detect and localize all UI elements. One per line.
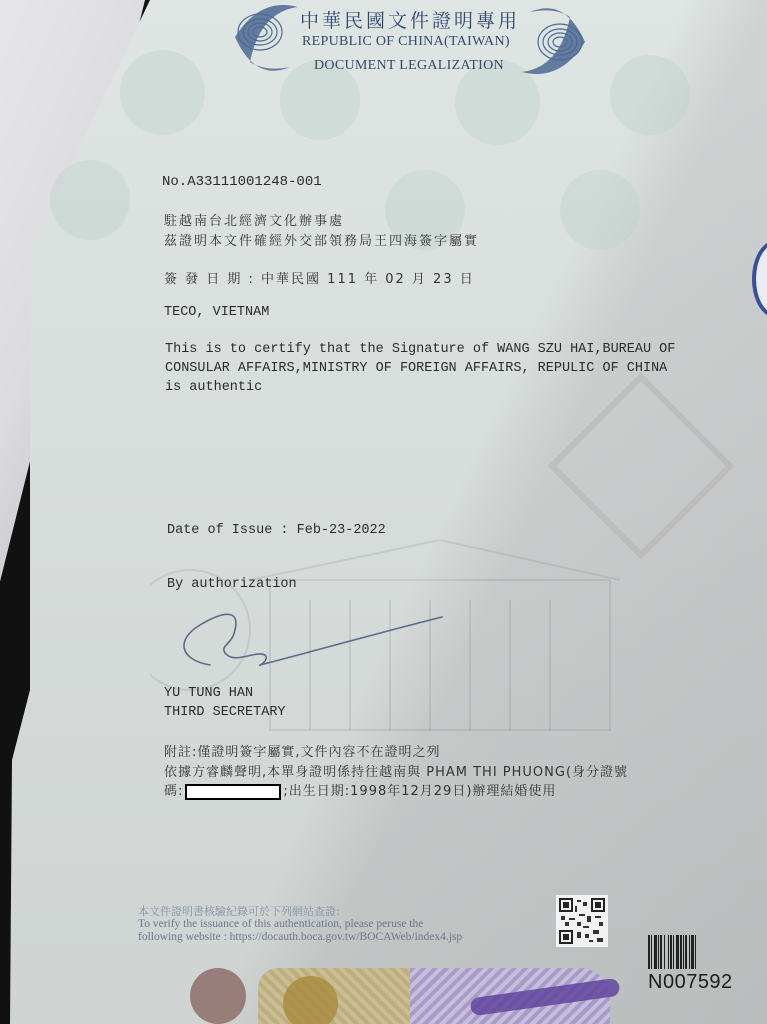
certify-statement-line: is authentic: [165, 380, 262, 395]
qr-code-icon: [556, 895, 608, 947]
document-number: No.A33111001248-001: [162, 174, 322, 190]
note-line: 附註:僅證明簽字屬實,文件內容不在證明之列: [164, 741, 441, 760]
certify-statement-zh: 茲證明本文件確經外交部領務局王四海簽字屬實: [164, 230, 479, 249]
certify-statement-line: This is to certify that the Signature of…: [165, 342, 675, 357]
watermark-circle: [50, 160, 130, 240]
issue-date-zh: 簽 發 日 期 : 中華民國 111 年 02 月 23 日: [164, 268, 475, 287]
header-title-zh: 中華民國文件證明專用: [300, 6, 520, 33]
note-prefix: 碼:: [164, 784, 183, 799]
serial-barcode: N007592: [648, 935, 756, 1000]
redaction-box: [185, 784, 281, 800]
header-title-en: REPUBLIC OF CHINA(TAIWAN): [302, 34, 510, 50]
security-band: [258, 968, 428, 1024]
serial-number: N007592: [648, 971, 756, 994]
office-name-en: TECO, VIETNAM: [164, 305, 269, 320]
header-subtitle-en: DOCUMENT LEGALIZATION: [314, 58, 504, 74]
certificate-header: 中華民國文件證明專用 REPUBLIC OF CHINA(TAIWAN) DOC…: [230, 0, 590, 82]
note-suffix: ;出生日期:1998年12月29日)辦理結婚使用: [283, 784, 556, 799]
office-name-zh: 駐越南台北經濟文化辦事處: [164, 210, 344, 229]
note-line: 依據方睿麟聲明,本單身證明係持往越南與 PHAM THI PHUONG(身分證號: [164, 761, 628, 780]
barcode-icon: [648, 935, 752, 969]
security-band: [410, 968, 610, 1024]
note-line: 碼:;出生日期:1998年12月29日)辦理結婚使用: [164, 780, 556, 800]
date-of-issue: Date of Issue : Feb-23-2022: [167, 523, 386, 538]
certify-statement-line: CONSULAR AFFAIRS,MINISTRY OF FOREIGN AFF…: [165, 361, 667, 376]
verification-info: 本文件證明書核驗紀錄可於下列網站查證: To verify the issuan…: [138, 905, 462, 944]
verification-url: following website : https://docauth.boca…: [138, 931, 462, 944]
watermark-circle: [120, 50, 205, 135]
signatory-name: YU TUNG HAN: [164, 686, 253, 701]
signatory-title: THIRD SECRETARY: [164, 705, 286, 720]
verification-en-line: To verify the issuance of this authentic…: [138, 918, 462, 931]
emblem-icon: [230, 2, 300, 77]
watermark-circle: [610, 55, 690, 135]
verification-zh: 本文件證明書核驗紀錄可於下列網站查證:: [138, 905, 462, 918]
signature: [170, 605, 450, 680]
emblem-icon: [520, 2, 590, 77]
security-band: [190, 968, 248, 1024]
watermark-circle: [560, 170, 640, 250]
authorization-label: By authorization: [167, 577, 297, 592]
